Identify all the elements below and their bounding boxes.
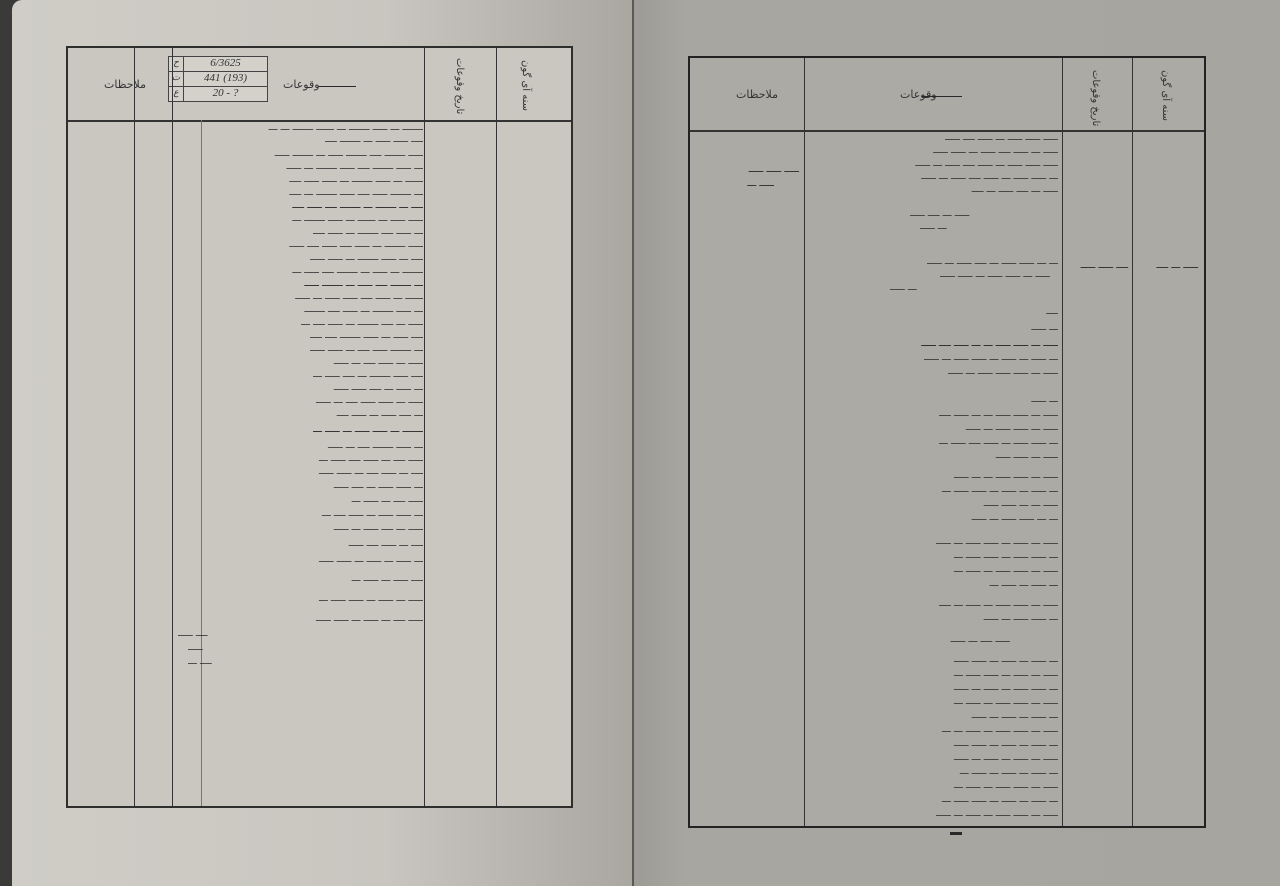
column-divider <box>134 48 135 806</box>
events-header: وقوعات <box>900 88 937 101</box>
events-header: وقوعات <box>283 78 320 91</box>
header-rule <box>922 96 962 97</box>
signature: ـــــ <box>188 642 228 653</box>
archive-stamp: ح6/3625 ت441 (193) ع20 - ? <box>168 56 268 102</box>
stamp-value: 441 (193) <box>184 72 267 86</box>
column-divider <box>804 58 805 826</box>
event-date-header: تاريخ وقوعات <box>1090 70 1101 126</box>
date-header: سنه آى گون <box>520 60 531 111</box>
event-date-header: تاريخ وقوعات <box>454 58 465 114</box>
right-register-table: ملاحظات وقوعات تاريخ وقوعات سنه آى گون ـ… <box>688 56 1206 828</box>
column-divider <box>1132 58 1133 826</box>
stamp-value: 6/3625 <box>184 57 267 71</box>
date-entry: ـــــ ـــ ــــ <box>1138 260 1198 271</box>
right-header-row: ملاحظات وقوعات تاريخ وقوعات سنه آى گون <box>690 58 1204 132</box>
remarks-note: ـــــ ـــ <box>704 178 774 189</box>
right-page: ملاحظات وقوعات تاريخ وقوعات سنه آى گون ـ… <box>634 0 1280 886</box>
left-register-table: ملاحظات ح6/3625 ت441 (193) ع20 - ? وقوعا… <box>66 46 573 808</box>
signature: ــــ ـــ <box>188 656 228 667</box>
left-page: ملاحظات ح6/3625 ت441 (193) ع20 - ? وقوعا… <box>12 0 632 886</box>
column-divider <box>424 48 425 806</box>
header-rule <box>318 86 356 87</box>
stamp-value: 20 - ? <box>184 87 267 101</box>
signature: ــــ ـــــ <box>178 628 238 639</box>
page-mark <box>950 832 962 835</box>
remarks-note: ـــــ ـــــ ـــــ <box>704 164 799 175</box>
column-divider <box>496 48 497 806</box>
remarks-header: ملاحظات <box>104 78 146 91</box>
column-divider <box>1062 58 1063 826</box>
event-date-entry: ــــ ـــــ ـــــ <box>1068 260 1128 271</box>
remarks-header: ملاحظات <box>736 88 778 101</box>
column-divider <box>172 48 173 806</box>
date-header: سنه آى گون <box>1160 70 1171 121</box>
